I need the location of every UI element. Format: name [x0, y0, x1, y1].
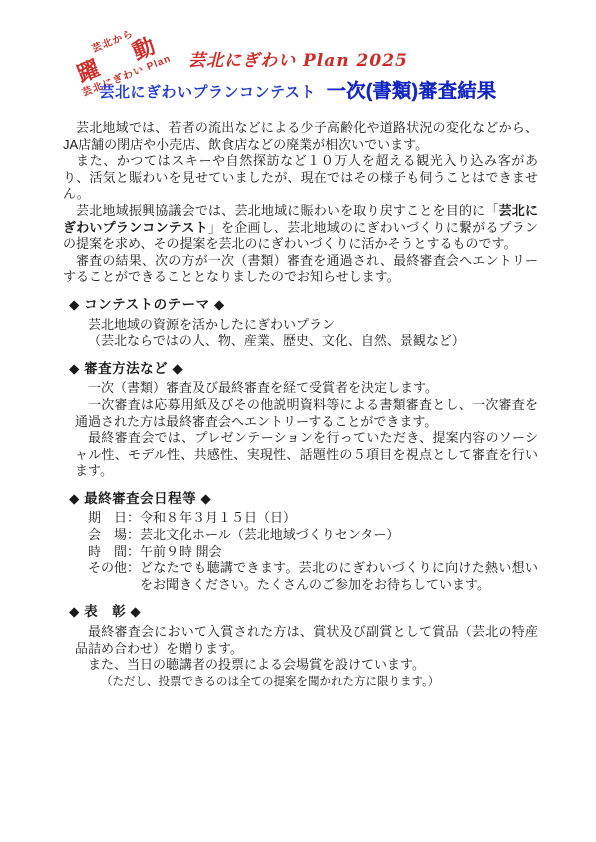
section-schedule-heading: ◆ 最終審査会日程等 ◆ [69, 491, 538, 508]
document-header: 芸北にぎわい Plan 2025 芸北にぎわいプランコンテスト 一次(書類)審査… [0, 46, 596, 103]
section-theme: ◆ コンテストのテーマ ◆ 芸北地域の資源を活かしたにぎわいプラン （芸北ならで… [63, 297, 538, 350]
document-body: 芸北地域では、若者の流出などによる少子高齢化や道路状況の変化などから、JA店舗の… [63, 120, 538, 690]
section-method-content: 一次（書類）審査及び最終審査を経て受賞者を決定します。 一次審査は応募用紙及びそ… [75, 380, 538, 480]
schedule-row-venue: 会 場： 芸北文化ホール（芸北地域づくりセンター） [75, 527, 538, 544]
schedule-value: 午前９時 開会 [140, 544, 538, 561]
theme-line: （芸北ならではの人、物、産業、歴史、文化、自然、景観など） [75, 333, 538, 350]
section-theme-content: 芸北地域の資源を活かしたにぎわいプラン （芸北ならではの人、物、産業、歴史、文化… [75, 317, 538, 350]
section-awards: ◆ 表 彰 ◆ 最終審査会において入賞された方は、賞状及び副賞として賞品（芸北の… [63, 604, 538, 690]
theme-line: 芸北地域の資源を活かしたにぎわいプラン [75, 317, 538, 334]
schedule-label: その他： [88, 560, 140, 593]
schedule-value: 芸北文化ホール（芸北地域づくりセンター） [140, 527, 538, 544]
method-paragraph: 一次（書類）審査及び最終審査を経て受賞者を決定します。 [75, 380, 538, 397]
section-schedule-content: 期 日： 令和８年３月１５日（日） 会 場： 芸北文化ホール（芸北地域づくりセン… [75, 510, 538, 593]
script-subtitle: 芸北にぎわい Plan 2025 [0, 46, 596, 71]
awards-paragraph: また、当日の聴講者の投票による会場賞を設けています。 [75, 657, 538, 674]
section-awards-content: 最終審査会において入賞された方は、賞状及び副賞として賞品（芸北の特産品詰め合わせ… [75, 624, 538, 690]
intro-paragraph-1: 芸北地域では、若者の流出などによる少子高齢化や道路状況の変化などから、JA店舗の… [63, 120, 538, 153]
schedule-value: どなたでも聴講できます。芸北のにぎわいづくりに向けた熱い想いをお聞きください。た… [140, 560, 538, 593]
schedule-row-time: 時 間： 午前９時 開会 [75, 544, 538, 561]
intro-paragraph-4: 審査の結果、次の方が一次（書類）審査を通過され、最終審査会へエントリーすることが… [63, 253, 538, 286]
schedule-row-other: その他： どなたでも聴講できます。芸北のにぎわいづくりに向けた熱い想いをお聞きく… [75, 560, 538, 593]
schedule-label: 期 日： [88, 510, 140, 527]
intro-paragraph-3: 芸北地域振興協議会では、芸北地域に賑わいを取り戻すことを目的に「芸北にぎわいプラ… [63, 203, 538, 253]
document-title: 芸北にぎわいプランコンテスト 一次(書類)審査結果 [0, 76, 596, 103]
intro-paragraph-2: また、かつてはスキーや自然探訪など１０万人を超える観光入り込み客があり、活気と賑… [63, 153, 538, 203]
schedule-row-date: 期 日： 令和８年３月１５日（日） [75, 510, 538, 527]
title-contest-name: 芸北にぎわいプランコンテスト [99, 84, 315, 101]
method-paragraph: 一次審査は応募用紙及びその他説明資料等による書類審査とし、一次審査を通過された方… [75, 397, 538, 430]
awards-paragraph: 最終審査会において入賞された方は、賞状及び副賞として賞品（芸北の特産品詰め合わせ… [75, 624, 538, 657]
method-paragraph: 最終審査会では、プレゼンテーションを行っていただき、提案内容のソーシャル性、モデ… [75, 430, 538, 480]
schedule-label: 時 間： [88, 544, 140, 561]
schedule-value: 令和８年３月１５日（日） [140, 510, 538, 527]
awards-note: （ただし、投票できるのは全ての提案を聞かれた方に限ります。） [75, 674, 538, 691]
title-screening-result: 一次(書類)審査結果 [327, 81, 497, 102]
schedule-label: 会 場： [88, 527, 140, 544]
section-awards-heading: ◆ 表 彰 ◆ [69, 604, 538, 621]
section-method: ◆ 審査方法など ◆ 一次（書類）審査及び最終審査を経て受賞者を決定します。 一… [63, 361, 538, 480]
section-method-heading: ◆ 審査方法など ◆ [69, 361, 538, 378]
section-schedule: ◆ 最終審査会日程等 ◆ 期 日： 令和８年３月１５日（日） 会 場： 芸北文化… [63, 491, 538, 594]
section-theme-heading: ◆ コンテストのテーマ ◆ [69, 297, 538, 314]
intro-paragraph-3-pre: 芸北地域振興協議会では、芸北地域に賑わいを取り戻すことを目的に「 [76, 203, 499, 218]
document-page: 芸北から 躍 動 芸北にぎわい Plan 芸北にぎわい Plan 2025 芸北… [0, 0, 596, 842]
